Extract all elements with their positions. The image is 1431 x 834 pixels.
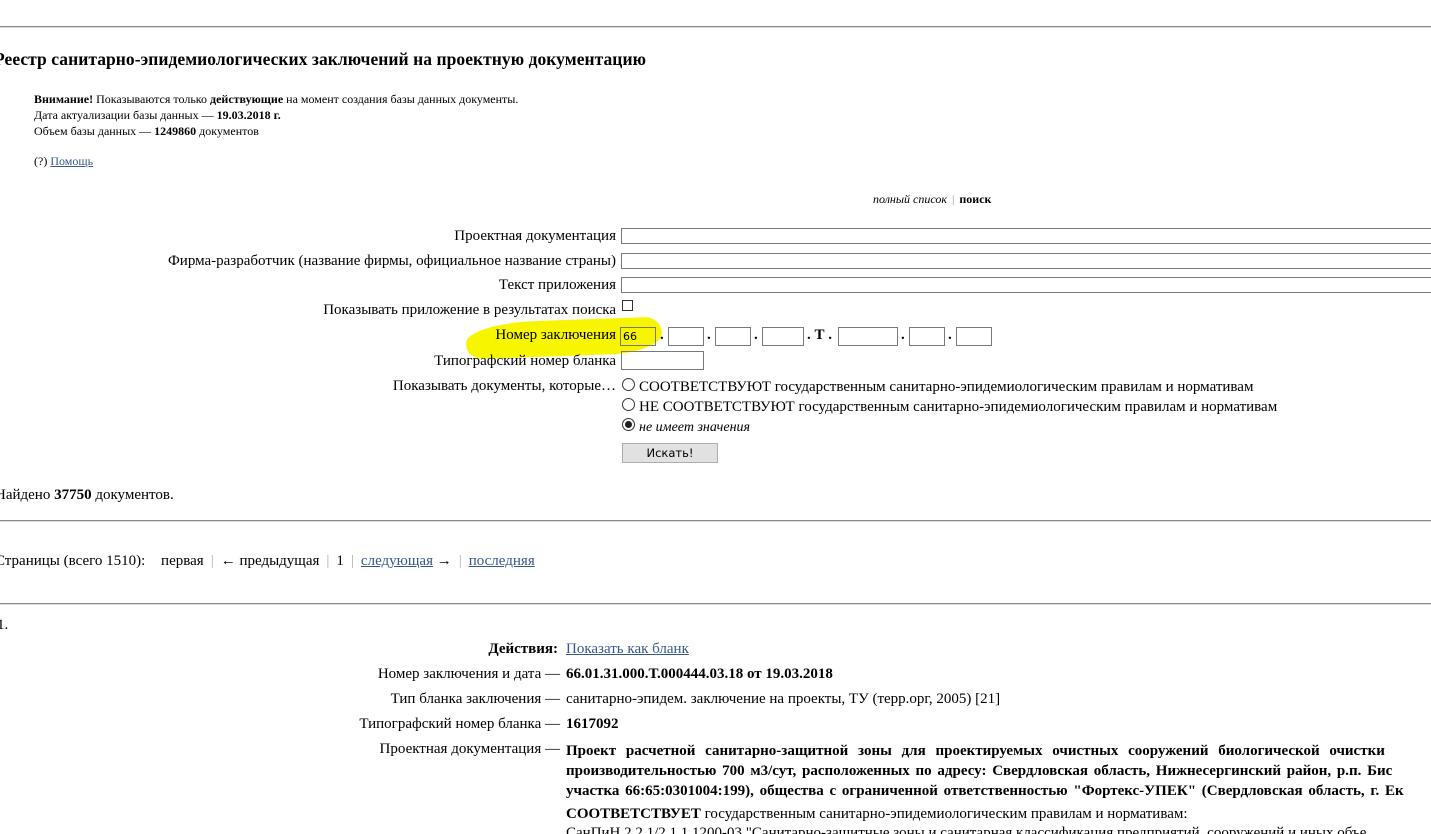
- page-prev: ← предыдущая: [221, 553, 320, 569]
- show-appendix-label: Показывать приложение в результатах поис…: [323, 302, 616, 319]
- number-separator: .: [660, 327, 664, 344]
- radio-any-label: не имеет значения: [639, 420, 750, 435]
- db-volume-value: 1249860: [154, 124, 196, 138]
- conclusion-number-part-5[interactable]: [838, 327, 898, 346]
- page-current: 1: [336, 553, 344, 569]
- conformity-text: государственным санитарно-эпидемиологиче…: [701, 806, 1188, 822]
- blank-number-label: Типографский номер бланка: [434, 353, 616, 370]
- full-list-link[interactable]: полный список: [873, 192, 947, 206]
- number-separator: .: [754, 327, 758, 344]
- developer-input[interactable]: [621, 253, 1431, 269]
- page-last-link[interactable]: последняя: [469, 553, 535, 569]
- page-next-link[interactable]: следующая: [361, 553, 433, 569]
- update-date-value: 19.03.2018 г.: [217, 108, 281, 122]
- db-volume-suffix: документов: [196, 124, 259, 138]
- attention-emphasis: действующие: [210, 92, 283, 106]
- project-line-2: производительностью 700 м3/сут, располож…: [566, 761, 1431, 781]
- appendix-text-label: Текст приложения: [499, 277, 616, 294]
- mode-switch: полный список|поиск: [873, 192, 991, 207]
- arrow-right-icon: →: [437, 553, 452, 569]
- project-doc-label: Проектная документация: [454, 228, 616, 245]
- blank-type-label: Тип бланка заключения —: [391, 691, 560, 708]
- sanpin-reference: СанПиН 2.2.1/2.1.1.1200-03 "Санитарно-за…: [566, 825, 1366, 834]
- conclusion-number-part-2[interactable]: [668, 327, 704, 346]
- pages-total-label: Страницы (всего 1510):: [0, 553, 145, 569]
- conformity-statement: СООТВЕТСТВУЕТ государственным санитарно-…: [566, 806, 1188, 823]
- show-appendix-checkbox[interactable]: [622, 300, 633, 311]
- update-date-label: Дата актуализации базы данных —: [34, 108, 217, 122]
- number-date-value: 66.01.31.000.Т.000444.03.18 от 19.03.201…: [566, 666, 833, 683]
- radio-conform[interactable]: [622, 378, 635, 391]
- radio-any[interactable]: [622, 418, 635, 431]
- results-divider: [0, 520, 1431, 522]
- mode-separator: |: [952, 192, 954, 206]
- conclusion-number-label: Номер заключения: [495, 327, 616, 344]
- conclusion-number-part-1[interactable]: [620, 327, 656, 346]
- result-index: 1.: [0, 617, 8, 634]
- number-separator: .: [901, 327, 905, 344]
- number-separator: .: [707, 327, 711, 344]
- search-button[interactable]: Искать!: [622, 443, 718, 463]
- database-info: Внимание! Показываются только действующи…: [34, 91, 518, 139]
- radio-conform-label: СООТВЕТСТВУЮТ государственным санитарно-…: [639, 379, 1253, 395]
- project-line-3: участка 66:65:0301004:199), общества с о…: [566, 781, 1431, 801]
- number-date-label: Номер заключения и дата —: [378, 666, 560, 683]
- found-prefix: Найдено: [0, 487, 54, 503]
- found-count: 37750: [54, 487, 92, 503]
- project-doc-input[interactable]: [621, 228, 1431, 244]
- conclusion-number-part-4[interactable]: [762, 327, 804, 346]
- page-title: Реестр санитарно-эпидемиологических закл…: [0, 49, 646, 70]
- attention-label: Внимание!: [34, 92, 93, 106]
- pagination: Страницы (всего 1510): первая|← предыдущ…: [0, 553, 535, 570]
- results-count: Найдено 37750 документов.: [0, 487, 174, 504]
- pagination-divider: [0, 603, 1431, 605]
- conclusion-number-part-7[interactable]: [956, 327, 992, 346]
- attention-text-end: на момент создания базы данных документы…: [283, 92, 518, 106]
- project-doc-result-value: Проект расчетной санитарно-защитной зоны…: [566, 741, 1431, 801]
- blank-number-input[interactable]: [621, 351, 704, 370]
- help-link[interactable]: Помощь: [50, 154, 93, 168]
- attention-text: Показываются только: [93, 92, 210, 106]
- help-row: (?) Помощь: [34, 154, 93, 169]
- db-volume-label: Объем базы данных —: [34, 124, 154, 138]
- found-suffix: документов.: [92, 487, 174, 503]
- radio-option-conform[interactable]: СООТВЕТСТВУЮТ государственным санитарно-…: [622, 378, 1253, 396]
- radio-option-not-conform[interactable]: НЕ СООТВЕТСТВУЮТ государственным санитар…: [622, 398, 1277, 416]
- page-first: первая: [161, 553, 204, 569]
- number-separator: .: [948, 327, 952, 344]
- developer-label: Фирма-разработчик (название фирмы, офици…: [168, 253, 616, 270]
- blank-number-result-label: Типографский номер бланка —: [359, 716, 560, 733]
- conclusion-number-part-6[interactable]: [909, 327, 945, 346]
- project-doc-result-label: Проектная документация —: [380, 741, 560, 758]
- show-as-blank-link[interactable]: Показать как бланк: [566, 641, 689, 658]
- top-divider: [0, 26, 1431, 28]
- radio-not-conform[interactable]: [622, 398, 635, 411]
- search-mode-current: поиск: [959, 192, 991, 206]
- conformity-status: СООТВЕТСТВУЕТ: [566, 806, 701, 822]
- conclusion-number-part-3[interactable]: [715, 327, 751, 346]
- help-icon: (?): [34, 154, 50, 168]
- appendix-text-input[interactable]: [621, 277, 1431, 293]
- blank-number-result-value: 1617092: [566, 716, 619, 733]
- project-line-1: Проект расчетной санитарно-защитной зоны…: [566, 741, 1431, 761]
- radio-option-any[interactable]: не имеет значения: [622, 418, 750, 436]
- blank-type-value: санитарно-эпидем. заключение на проекты,…: [566, 691, 1000, 708]
- number-letter: . Т .: [807, 327, 832, 344]
- show-docs-label: Показывать документы, которые…: [393, 378, 616, 395]
- actions-label: Действия:: [488, 641, 558, 658]
- radio-not-conform-label: НЕ СООТВЕТСТВУЮТ государственным санитар…: [639, 399, 1277, 415]
